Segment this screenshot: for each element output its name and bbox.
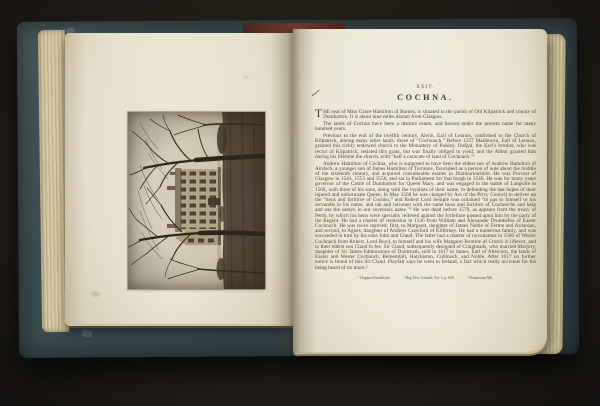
- chapter-number: XXIV.: [315, 85, 536, 90]
- right-page: XXIV. COCHNA. THE seat of Miss Grace Ham…: [293, 29, 547, 352]
- photograph-background: XXIV. COCHNA. THE seat of Miss Grace Ham…: [0, 0, 600, 406]
- footnote: ³ Dennistoun MS.: [467, 276, 493, 280]
- footnote: ¹ Origines Parochiales.: [358, 276, 391, 280]
- photo-shrub: [219, 206, 225, 222]
- body-paragraph: THE seat of Miss Grace Hamilton of Barne…: [315, 110, 536, 120]
- body-paragraph: The lands of Cochna have been a distinct…: [315, 122, 536, 132]
- text-column: XXIV. COCHNA. THE seat of Miss Grace Ham…: [293, 29, 547, 280]
- photo-shrub: [217, 258, 226, 280]
- page-blemish: [243, 75, 249, 79]
- page-blemish: [91, 291, 100, 297]
- chapter-title: COCHNA.: [315, 93, 536, 102]
- left-page: [65, 33, 293, 324]
- body-text: THE seat of Miss Grace Hamilton of Barne…: [315, 110, 536, 271]
- footnotes-row: ¹ Origines Parochiales. ² Reg. Priv. Cou…: [315, 276, 536, 280]
- footnote: ² Reg. Priv. Council, Vol. I., p. 628.: [404, 276, 455, 280]
- photo-shrub: [217, 124, 227, 154]
- open-book: XXIV. COCHNA. THE seat of Miss Grace Ham…: [18, 20, 578, 358]
- body-paragraph: Previous to the end of the twelfth centu…: [315, 134, 536, 160]
- body-paragraph: Andrew Hamilton of Cochna, who is suppos…: [315, 162, 536, 271]
- photo-scene: [128, 112, 265, 289]
- plate-photo-cochna-house: [128, 112, 265, 289]
